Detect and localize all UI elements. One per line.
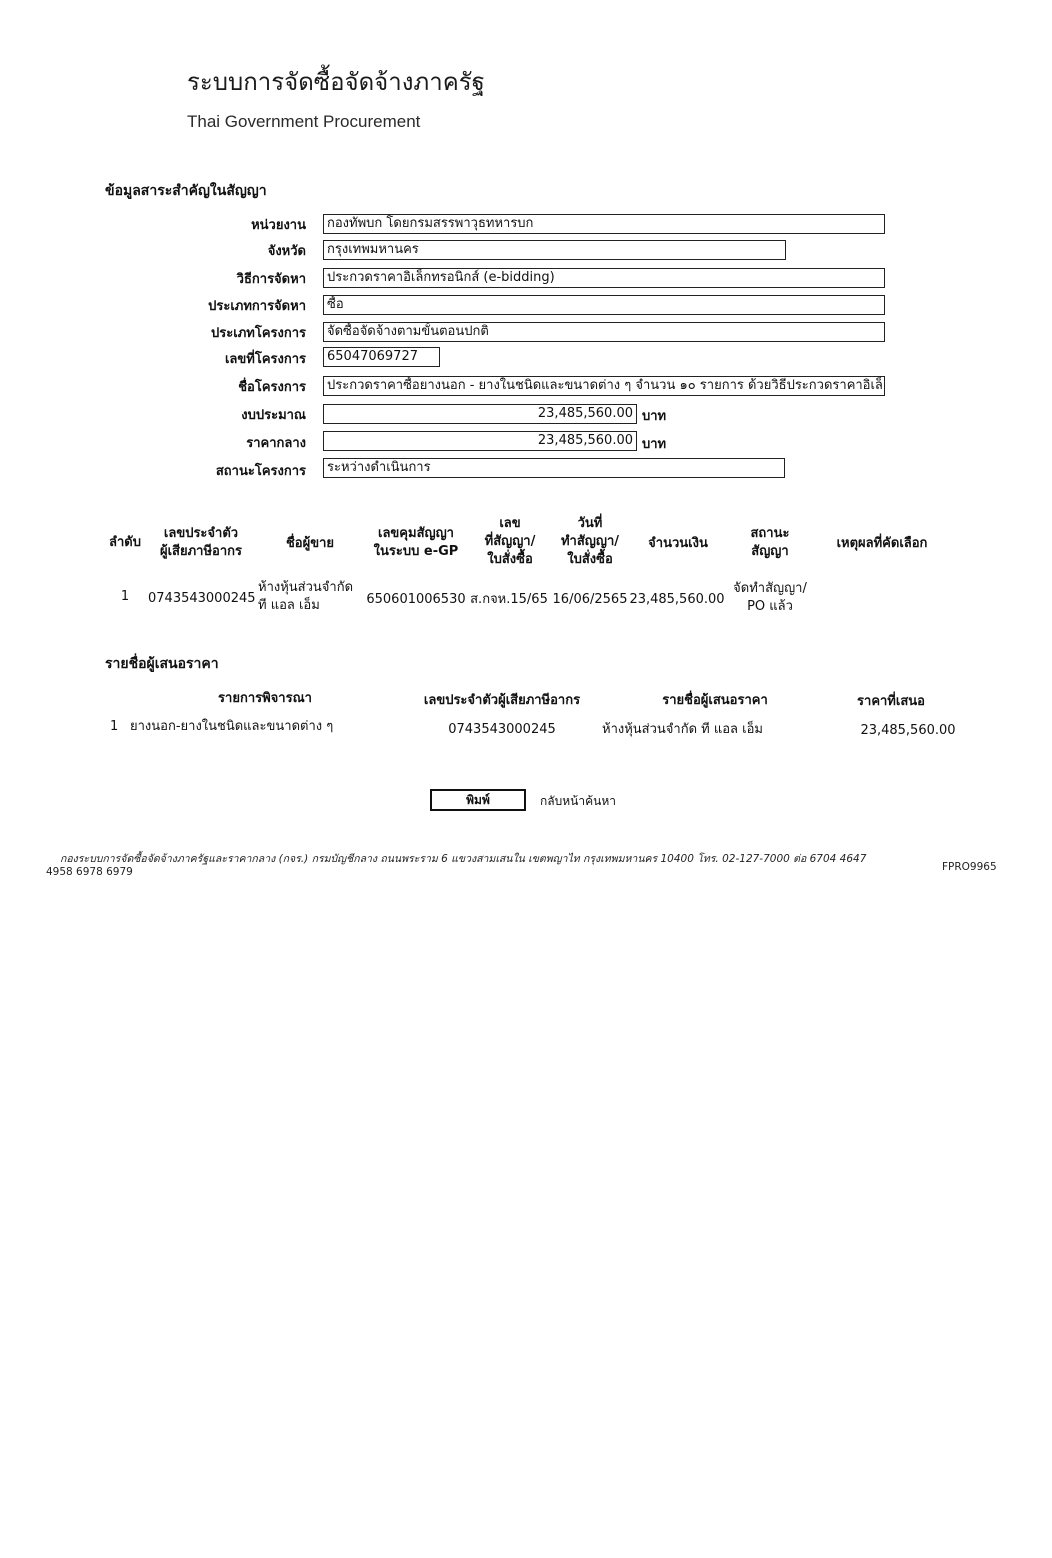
- bidder-row-name: ห้างหุ้นส่วนจำกัด ที แอล เอ็ม: [602, 721, 802, 739]
- bidder-row-tax-id: 0743543000245: [405, 721, 599, 739]
- field-procurement-type[interactable]: ซื้อ: [323, 295, 885, 315]
- field-project-number[interactable]: 65047069727: [323, 347, 440, 367]
- col-header-tax-id: เลขประจำตัว ผู้เสียภาษีอากร: [148, 525, 254, 561]
- col-header-amount: จำนวนเงิน: [630, 535, 726, 553]
- field-label-province: จังหวัด: [106, 240, 306, 261]
- col-header-contract-status: สถานะ สัญญา: [728, 525, 812, 561]
- row-no: 1: [104, 588, 146, 606]
- col-header-selection-reason: เหตุผลที่คัดเลือก: [814, 535, 950, 553]
- col-header-vendor: ชื่อผู้ขาย: [258, 535, 362, 553]
- bidders-col-tax-id: เลขประจำตัวผู้เสียภาษีอากร: [405, 692, 599, 710]
- contract-info-heading: ข้อมูลสาระสำคัญในสัญญา: [105, 180, 267, 202]
- bidders-col-price: ราคาที่เสนอ: [836, 693, 946, 711]
- back-to-search-link[interactable]: กลับหน้าค้นหา: [540, 792, 616, 811]
- reference-price-unit: บาท: [642, 433, 666, 454]
- field-project-type[interactable]: จัดซื้อจัดจ้างตามขั้นตอนปกติ: [323, 322, 885, 342]
- budget-unit: บาท: [642, 405, 666, 426]
- row-vendor: ห้างหุ้นส่วนจำกัด ที แอล เอ็ม: [258, 579, 362, 615]
- field-budget[interactable]: 23,485,560.00: [323, 404, 637, 424]
- print-button[interactable]: พิมพ์: [430, 789, 526, 811]
- bidders-col-bidder: รายชื่อผู้เสนอราคา: [630, 692, 800, 710]
- site-title-english: Thai Government Procurement: [187, 112, 420, 132]
- col-header-contract-date: วันที่ ทำสัญญา/ ใบสั่งซื้อ: [552, 515, 628, 569]
- field-label-project-number: เลขที่โครงการ: [106, 348, 306, 369]
- row-contract-status: จัดทำสัญญา/ PO แล้ว: [722, 580, 818, 616]
- field-label-reference-price: ราคากลาง: [106, 432, 306, 453]
- site-title-thai: ระบบการจัดซื้อจัดจ้างภาครัฐ: [187, 62, 485, 101]
- row-contract-date: 16/06/2565: [552, 591, 628, 609]
- field-label-project-type: ประเภทโครงการ: [106, 322, 306, 343]
- footer-form-code: FPRO9965: [942, 861, 997, 873]
- col-header-contract-number: เลข ที่สัญญา/ ใบสั่งซื้อ: [468, 515, 552, 569]
- field-project-status[interactable]: ระหว่างดำเนินการ: [323, 458, 785, 478]
- field-province[interactable]: กรุงเทพมหานคร: [323, 240, 786, 260]
- bidders-col-item: รายการพิจารณา: [180, 690, 350, 708]
- field-agency[interactable]: กองทัพบก โดยกรมสรรพาวุธทหารบก: [323, 214, 885, 234]
- field-project-name[interactable]: ประกวดราคาซื้อยางนอก - ยางในชนิดและขนาดต…: [323, 376, 885, 396]
- bidder-row-no: 1: [110, 718, 124, 736]
- row-contract-number: ส.กจห.15/65: [466, 591, 552, 609]
- bidder-row-price: 23,485,560.00: [850, 722, 966, 740]
- row-amount: 23,485,560.00: [628, 591, 726, 609]
- field-label-project-name: ชื่อโครงการ: [106, 376, 306, 397]
- row-tax-id: 0743543000245: [148, 590, 254, 608]
- field-label-procurement-type: ประเภทการจัดหา: [106, 295, 306, 316]
- footer-phone-extensions: 4958 6978 6979: [46, 866, 133, 878]
- col-header-egp-number: เลขคุมสัญญา ในระบบ e-GP: [366, 525, 466, 561]
- field-procurement-method[interactable]: ประกวดราคาอิเล็กทรอนิกส์ (e-bidding): [323, 268, 885, 288]
- row-egp-number: 650601006530: [366, 591, 466, 609]
- col-header-no: ลำดับ: [104, 534, 146, 552]
- bidders-heading: รายชื่อผู้เสนอราคา: [105, 653, 219, 675]
- field-label-budget: งบประมาณ: [106, 404, 306, 425]
- field-label-procurement-method: วิธีการจัดหา: [106, 268, 306, 289]
- field-reference-price[interactable]: 23,485,560.00: [323, 431, 637, 451]
- bidder-row-item: ยางนอก-ยางในชนิดและขนาดต่าง ๆ: [130, 718, 370, 736]
- field-label-project-status: สถานะโครงการ: [106, 460, 306, 481]
- field-label-agency: หน่วยงาน: [106, 214, 306, 235]
- footer-address: กองระบบการจัดซื้อจัดจ้างภาครัฐและราคากลา…: [60, 850, 866, 867]
